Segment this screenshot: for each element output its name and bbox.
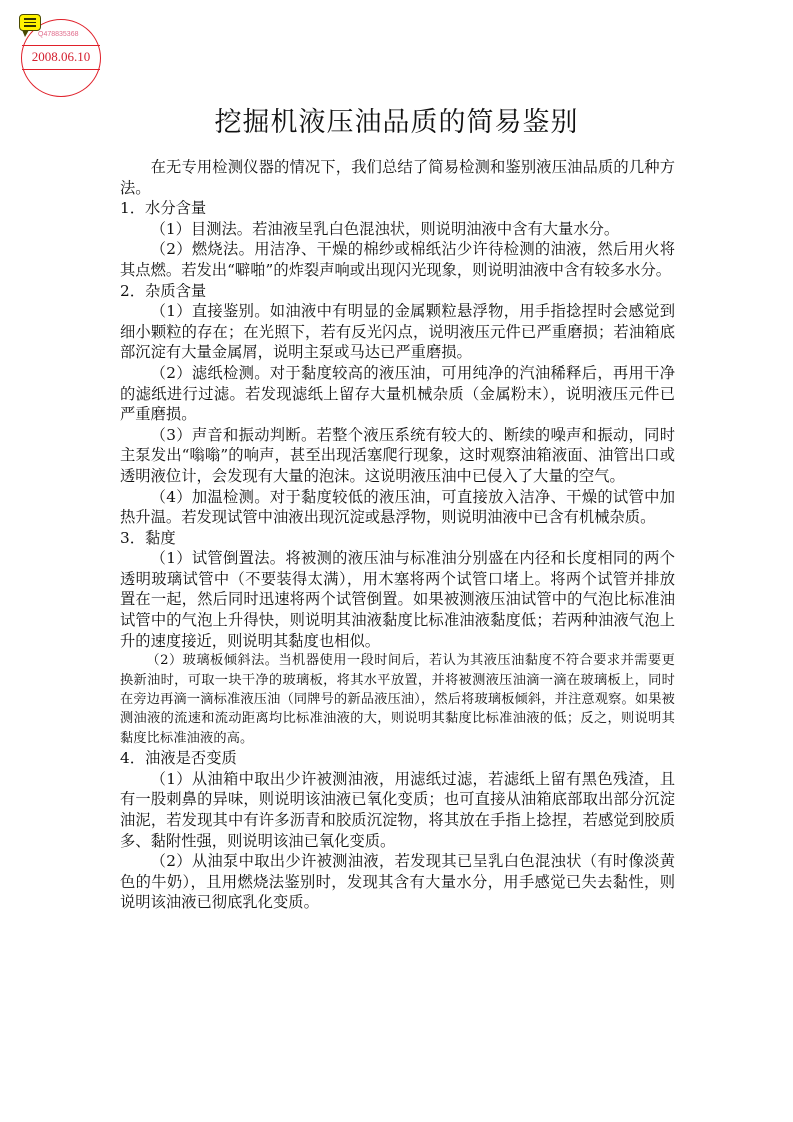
paragraph: （2）从油泵中取出少许被测油液，若发现其已呈乳白色混浊状（有时像淡黄色的牛奶），…	[120, 851, 675, 913]
paragraph: （2）滤纸检测。对于黏度较高的液压油，可用纯净的汽油稀释后，再用干净的滤纸进行过…	[120, 363, 675, 425]
section-heading-viscosity: 3．黏度	[120, 528, 675, 549]
stamp-date: 2008.06.10	[22, 49, 100, 65]
paragraph: （1）目测法。若油液呈乳白色混浊状，则说明油液中含有大量水分。	[120, 219, 675, 240]
document-title: 挖掘机液压油品质的简易鉴别	[0, 100, 793, 139]
stamp-id-text: Q478835368	[38, 31, 78, 38]
paragraph: （1）直接鉴别。如油液中有明显的金属颗粒悬浮物，用手指捻捏时会感觉到细小颗粒的存…	[120, 301, 675, 363]
intro-paragraph: 在无专用检测仪器的情况下，我们总结了简易检测和鉴别液压油品质的几种方法。	[120, 157, 675, 198]
section-heading-water: 1．水分含量	[120, 198, 675, 219]
paragraph: （1）试管倒置法。将被测的液压油与标准油分别盛在内径和长度相同的两个透明玻璃试管…	[120, 548, 675, 651]
document-body: 在无专用检测仪器的情况下，我们总结了简易检测和鉴别液压油品质的几种方法。 1．水…	[120, 157, 675, 913]
paragraph: （4）加温检测。对于黏度较低的液压油，可直接放入洁净、干燥的试管中加热升温。若发…	[120, 487, 675, 528]
stamp-divider-bottom	[22, 69, 100, 70]
comment-note-icon[interactable]	[19, 14, 41, 31]
paragraph-small: （2）玻璃板倾斜法。当机器使用一段时间后，若认为其液压油黏度不符合要求并需要更换…	[120, 651, 675, 748]
section-heading-impurities: 2．杂质含量	[120, 281, 675, 302]
section-heading-deterioration: 4．油液是否变质	[120, 748, 675, 769]
comment-note-tail	[22, 30, 29, 37]
stamp-divider-top	[22, 45, 100, 46]
paragraph: （3）声音和振动判断。若整个液压系统有较大的、断续的噪声和振动，同时主泵发出“嗡…	[120, 425, 675, 487]
paragraph: （2）燃烧法。用洁净、干燥的棉纱或棉纸沾少许待检测的油液，然后用火将其点燃。若发…	[120, 239, 675, 280]
paragraph: （1）从油箱中取出少许被测油液，用滤纸过滤，若滤纸上留有黑色残渣，且有一股刺鼻的…	[120, 769, 675, 851]
